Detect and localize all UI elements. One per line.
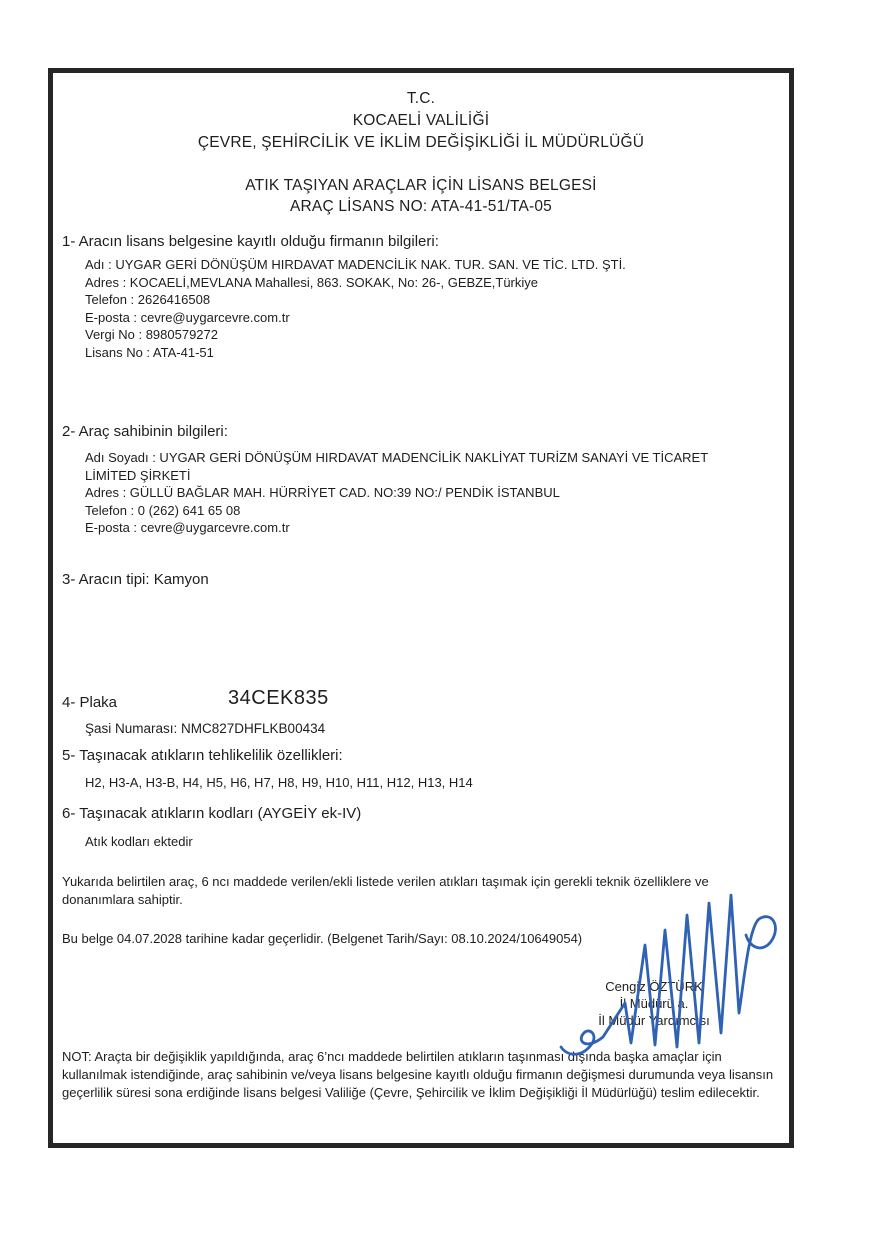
section-4-plate-label: 4- Plaka — [62, 694, 117, 711]
letterhead-directorate: ÇEVRE, ŞEHİRCİLİK VE İKLİM DEĞİŞİKLİĞİ İ… — [53, 132, 789, 154]
letterhead-republic: T.C. — [53, 88, 789, 110]
company-email-line: E-posta : cevre@uygarcevre.com.tr — [85, 309, 775, 327]
document-title: ATIK TAŞIYAN ARAÇLAR İÇİN LİSANS BELGESİ — [53, 175, 789, 196]
owner-address-line: Adres : GÜLLÜ BAĞLAR MAH. HÜRRİYET CAD. … — [85, 484, 745, 502]
signature-block: Cengiz ÖZTÜRK İl Müdürü a. İl Müdür Yard… — [534, 978, 774, 1029]
signer-name: Cengiz ÖZTÜRK — [534, 978, 774, 995]
waste-codes-note: Atık kodları ektedir — [85, 833, 193, 851]
signer-subtitle: İl Müdür Yardımcısı — [534, 1012, 774, 1029]
company-license-number-line: Lisans No : ATA-41-51 — [85, 344, 775, 362]
section-6-heading: 6- Taşınacak atıkların kodları (AYGEİY e… — [62, 805, 361, 822]
section-2-details: Adı Soyadı : UYGAR GERİ DÖNÜŞÜM HIRDAVAT… — [85, 449, 745, 537]
owner-name-line: Adı Soyadı : UYGAR GERİ DÖNÜŞÜM HIRDAVAT… — [85, 449, 745, 484]
owner-phone-line: Telefon : 0 (262) 641 65 08 — [85, 502, 745, 520]
chassis-number-line: Şasi Numarası: NMC827DHFLKB00434 — [85, 721, 325, 736]
company-name-line: Adı : UYGAR GERİ DÖNÜŞÜM HIRDAVAT MADENC… — [85, 256, 775, 274]
hazard-codes-line: H2, H3-A, H3-B, H4, H5, H6, H7, H8, H9, … — [85, 774, 473, 792]
document-title-block: ATIK TAŞIYAN ARAÇLAR İÇİN LİSANS BELGESİ… — [53, 175, 789, 217]
section-1-details: Adı : UYGAR GERİ DÖNÜŞÜM HIRDAVAT MADENC… — [85, 256, 775, 361]
section-5-heading: 5- Taşınacak atıkların tehlikelilik özel… — [62, 747, 343, 764]
signer-title: İl Müdürü a. — [534, 995, 774, 1012]
plate-number: 34CEK835 — [228, 687, 329, 710]
section-3-vehicle-type: 3- Aracın tipi: Kamyon — [62, 571, 209, 588]
company-tax-number-line: Vergi No : 8980579272 — [85, 326, 775, 344]
owner-email-line: E-posta : cevre@uygarcevre.com.tr — [85, 519, 745, 537]
technical-statement: Yukarıda belirtilen araç, 6 ncı maddede … — [62, 873, 778, 909]
note-paragraph: NOT: Araçta bir değişiklik yapıldığında,… — [62, 1048, 789, 1102]
letterhead-governorship: KOCAELİ VALİLİĞİ — [53, 110, 789, 132]
section-1-heading: 1- Aracın lisans belgesine kayıtlı olduğ… — [62, 233, 439, 250]
company-phone-line: Telefon : 2626416508 — [85, 291, 775, 309]
certificate-frame: T.C. KOCAELİ VALİLİĞİ ÇEVRE, ŞEHİRCİLİK … — [48, 68, 794, 1148]
vehicle-license-number: ARAÇ LİSANS NO: ATA-41-51/TA-05 — [53, 196, 789, 217]
section-2-heading: 2- Araç sahibinin bilgileri: — [62, 423, 228, 440]
scanned-license-page: T.C. KOCAELİ VALİLİĞİ ÇEVRE, ŞEHİRCİLİK … — [0, 0, 884, 1250]
company-address-line: Adres : KOCAELİ,MEVLANA Mahallesi, 863. … — [85, 274, 775, 292]
letterhead: T.C. KOCAELİ VALİLİĞİ ÇEVRE, ŞEHİRCİLİK … — [53, 88, 789, 154]
validity-statement: Bu belge 04.07.2028 tarihine kadar geçer… — [62, 930, 782, 948]
